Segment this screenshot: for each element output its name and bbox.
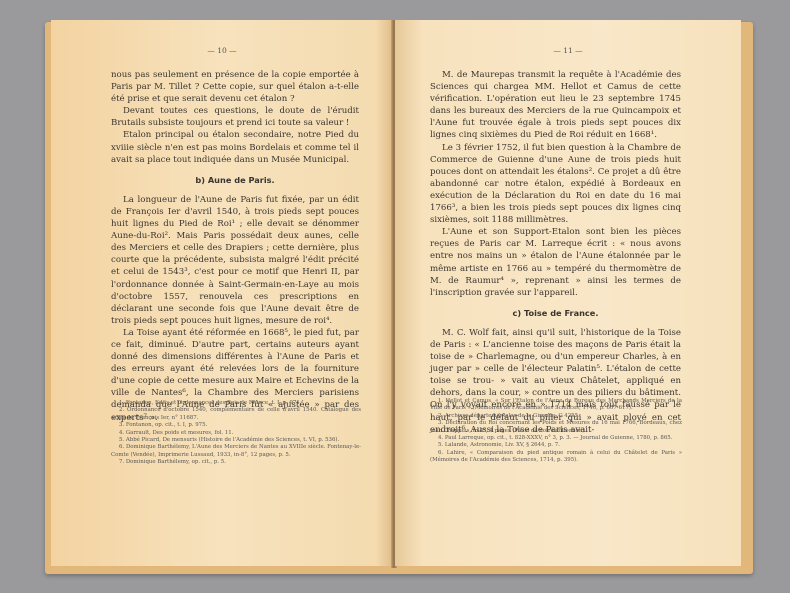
footnote: 3. Fontanon, op. cit., t. I, p. 975.: [111, 422, 361, 429]
paragraph: M. de Maurepas transmit la requête à l'A…: [430, 69, 681, 142]
footnote: 5. Lalande, Astronomie, Liv. XV, § 2644,…: [430, 442, 682, 449]
paragraph: La longueur de l'Aune de Paris fut fixée…: [111, 194, 359, 327]
paragraph: Le 3 février 1752, il fut bien question …: [430, 142, 681, 227]
footnote: 6. Lahire, « Comparaison du pied antique…: [430, 450, 682, 465]
footnote: 6. Dominique Barthélemy, L'Aune des Merc…: [111, 444, 361, 459]
left-body-text: nous pas seulement en présence de la cop…: [111, 69, 359, 424]
footnotes: 1. Fontanon, Edits et Ordonnances des Ro…: [111, 400, 361, 467]
right-body-text: M. de Maurepas transmit la requête à l'A…: [430, 69, 681, 436]
footnote: 3. Déclaration du Roi concernant les Poi…: [430, 420, 682, 435]
section-title: b) Aune de Paris.: [111, 174, 359, 186]
page-number: — 10 —: [51, 46, 393, 55]
footnote: 1. Hellot et Camus, « Sur l'Etalon de l'…: [430, 398, 682, 413]
paragraph: L'Aune et son Support-Etalon sont bien l…: [430, 226, 681, 299]
paragraph: nous pas seulement en présence de la cop…: [111, 69, 359, 105]
right-page: — 11 — M. de Maurepas transmit la requêt…: [395, 20, 741, 566]
section-title: c) Toise de France.: [430, 307, 681, 319]
left-page: — 10 — nous pas seulement en présence de…: [51, 20, 394, 566]
footnote: 2. Ordonnance d'octobre 1540, complément…: [111, 407, 361, 422]
page-number: — 11 —: [395, 46, 741, 55]
footnote: 4. Paul Larreque, op. cit., t. 828-XXXV,…: [430, 435, 682, 442]
footnote: 4. Garrault, Des poids et mesures, fol. …: [111, 430, 361, 437]
footnotes: 1. Hellot et Camus, « Sur l'Etalon de l'…: [430, 398, 682, 465]
footnote: 7. Dominique Barthélemy, op. cit., p. 5.: [111, 459, 361, 466]
open-book: — 10 — nous pas seulement en présence de…: [45, 20, 753, 575]
paragraph: Devant toutes ces questions, le doute de…: [111, 105, 359, 129]
paragraph: Etalon principal ou étalon secondaire, n…: [111, 129, 359, 165]
